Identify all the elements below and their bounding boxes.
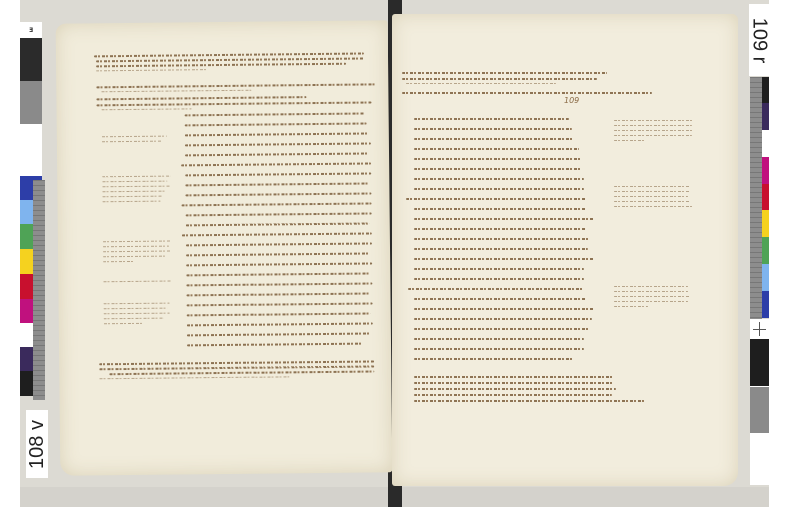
main-text-line <box>186 222 370 226</box>
margin-line <box>102 181 167 183</box>
main-text-line <box>414 358 574 360</box>
main-text-line <box>414 238 589 240</box>
margin-line <box>614 201 690 202</box>
main-text-line <box>414 318 592 320</box>
swatch-white-lower <box>750 433 769 485</box>
margin-line <box>102 196 162 198</box>
main-text-line <box>187 312 371 316</box>
main-text-line <box>187 302 373 306</box>
main-text-line <box>414 218 594 220</box>
swatch-yellow-r <box>762 210 769 237</box>
margin-line <box>614 140 646 141</box>
margin-line <box>614 206 694 207</box>
main-text-line <box>414 268 584 270</box>
main-text-line <box>414 328 590 330</box>
swatch-black-r <box>762 77 769 103</box>
main-text-line <box>186 262 372 266</box>
text-line <box>101 90 251 93</box>
margin-line <box>614 196 688 197</box>
text-line <box>96 83 376 88</box>
main-text-line <box>185 132 369 136</box>
main-text-line <box>414 168 582 170</box>
margin-line <box>103 251 171 253</box>
text-line <box>414 394 612 396</box>
text-line <box>414 382 614 384</box>
swatch-green-r <box>762 237 769 264</box>
main-text-line <box>414 298 586 300</box>
main-text-line <box>406 198 586 200</box>
right-color-strip-upper <box>762 77 769 318</box>
main-text-line <box>182 232 372 236</box>
margin-line <box>614 291 688 292</box>
swatch-white <box>20 124 42 176</box>
main-text-line <box>186 252 370 256</box>
main-text-line <box>414 188 584 190</box>
main-text-line <box>414 118 569 120</box>
text-line <box>99 376 289 379</box>
text-line <box>96 69 206 71</box>
main-text-line <box>186 282 372 286</box>
main-text-line <box>414 308 594 310</box>
swatch-black-lower <box>750 339 769 386</box>
margin-line <box>614 286 688 287</box>
top-left-mini-label: Ǝ <box>20 22 42 38</box>
text-line <box>406 83 556 84</box>
swatch-magenta-r <box>762 157 769 184</box>
main-text-line <box>185 122 367 126</box>
margin-line <box>614 135 692 136</box>
folio-label-108v-text: 108 v <box>26 420 49 469</box>
main-text-line <box>185 192 371 196</box>
margin-line <box>614 306 648 307</box>
main-text-line <box>187 343 362 347</box>
margin-line <box>103 246 169 248</box>
folio-label-109r-text: 109 r <box>748 17 771 63</box>
swatch-black <box>20 38 42 81</box>
main-text-line <box>414 128 572 130</box>
margin-line <box>102 186 170 188</box>
main-text-line <box>187 322 373 326</box>
main-text-line <box>414 258 594 260</box>
margin-line <box>614 125 692 126</box>
text-line <box>96 96 306 100</box>
main-text-line <box>414 208 586 210</box>
main-text-line <box>414 248 588 250</box>
main-text-line <box>414 158 582 160</box>
folio-number: 109 <box>564 96 579 105</box>
main-text-line <box>186 292 370 296</box>
main-text-line <box>414 138 574 140</box>
margin-line <box>103 256 165 258</box>
margin-line <box>103 261 133 262</box>
main-text-line <box>185 152 369 156</box>
margin-line <box>104 303 170 305</box>
main-text-line <box>414 348 584 350</box>
right-ruler <box>750 77 762 322</box>
text-line <box>96 101 371 106</box>
text-line <box>414 388 616 390</box>
main-text-line <box>185 172 371 176</box>
swatch-blue-r <box>762 291 769 318</box>
margin-line <box>102 141 162 143</box>
main-text-line <box>414 178 584 180</box>
main-text-line <box>187 332 371 336</box>
main-text-line <box>182 202 372 206</box>
main-text-line <box>186 242 372 246</box>
margin-line <box>102 191 166 193</box>
swatch-light-blue-r <box>762 264 769 291</box>
swatch-gray-lower <box>750 386 769 433</box>
text-line <box>96 63 346 68</box>
margin-line <box>103 201 161 203</box>
margin-line <box>614 296 690 297</box>
main-text-line <box>408 288 584 290</box>
swatch-white-r <box>762 130 769 157</box>
right-color-strip-lower <box>750 319 769 485</box>
text-line <box>99 360 374 365</box>
margin-line <box>614 301 688 302</box>
text-line <box>109 370 374 375</box>
text-line <box>402 78 597 80</box>
text-line <box>414 400 646 402</box>
main-text-line <box>414 228 586 230</box>
margin-line <box>614 120 694 121</box>
left-ruler <box>33 180 45 400</box>
folio-label-108v: 108 v <box>26 410 48 478</box>
manuscript-page-109r: 109 <box>392 14 738 486</box>
text-line <box>94 53 364 58</box>
margin-line <box>614 130 694 131</box>
swatch-white-crosshair <box>750 319 769 339</box>
main-text-line <box>414 148 579 150</box>
text-line <box>414 376 614 378</box>
margin-line <box>104 323 144 324</box>
margin-line <box>103 241 171 243</box>
swatch-purple-r <box>762 103 769 130</box>
main-text-line <box>181 162 371 166</box>
text-line <box>402 92 652 94</box>
swatch-red-r <box>762 184 769 210</box>
main-text-line <box>185 113 365 117</box>
text-line <box>402 72 607 74</box>
manuscript-page-108v <box>56 20 393 475</box>
main-text-line <box>185 142 371 146</box>
folio-label-109r: 109 r <box>749 4 769 76</box>
text-line <box>102 108 192 110</box>
text-line <box>96 58 364 63</box>
main-text-line <box>414 278 584 280</box>
margin-line <box>102 136 167 138</box>
text-line <box>99 365 374 370</box>
margin-line <box>104 308 168 310</box>
main-text-line <box>186 212 372 216</box>
margin-line <box>104 313 170 315</box>
margin-line <box>102 176 170 178</box>
margin-line <box>614 191 690 192</box>
main-text-line <box>186 272 370 276</box>
margin-line <box>104 318 164 320</box>
main-text-line <box>414 338 584 340</box>
margin-line <box>614 186 690 187</box>
main-text-line <box>185 182 369 186</box>
swatch-gray <box>20 81 42 124</box>
margin-line <box>103 281 171 283</box>
